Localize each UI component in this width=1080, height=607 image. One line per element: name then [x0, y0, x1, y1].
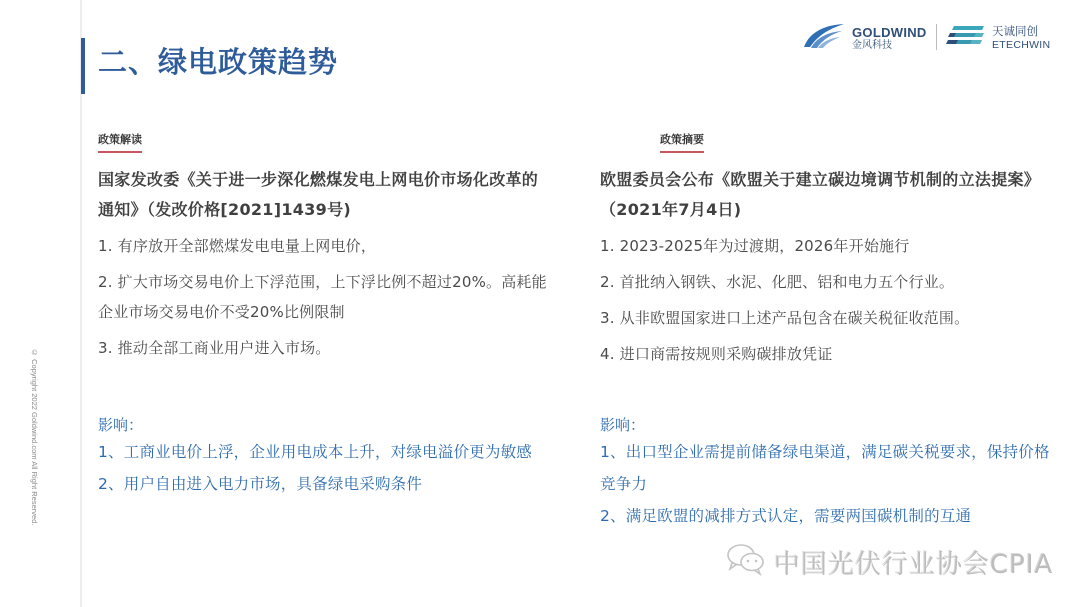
section-tag-policy-interpretation: 政策解读: [98, 133, 142, 153]
policy-points-list: 1. 2023-2025年为过渡期，2026年开始施行 2. 首批纳入钢铁、水泥…: [600, 231, 1050, 369]
logo-separator: [936, 24, 937, 50]
goldwind-wave-icon: [802, 21, 846, 55]
goldwind-name-cn: 金风科技: [852, 41, 927, 51]
goldwind-name-en: GOLDWIND: [852, 26, 927, 39]
page-title: 二、绿电政策趋势: [98, 40, 338, 81]
policy-heading-ndrc: 国家发改委《关于进一步深化燃煤发电上网电价市场化改革的通知》（发改价格[2021…: [98, 165, 548, 225]
copyright-notice: © Copyright 2022 Goldwind.com All Right …: [30, 348, 39, 525]
policy-summary-column: 政策摘要 欧盟委员会公布《欧盟关于建立碳边境调节机制的立法提案》（2021年7月…: [600, 128, 1050, 369]
goldwind-logo: GOLDWIND 金风科技: [802, 18, 927, 58]
section-tag-policy-summary: 政策摘要: [660, 133, 704, 153]
etechwin-name-cn: 天诚同创: [992, 26, 1050, 38]
policy-point: 2. 扩大市场交易电价上下浮范围，上下浮比例不超过20%。高耗能企业市场交易电价…: [98, 267, 548, 327]
policy-point: 4. 进口商需按规则采购碳排放凭证: [600, 339, 1050, 369]
impact-item: 1、工商业电价上浮，企业用电成本上升，对绿电溢价更为敏感: [98, 436, 558, 468]
policy-point: 3. 推动全部工商业用户进入市场。: [98, 333, 548, 363]
impact-section-right: 影响： 1、出口型企业需提前储备绿电渠道，满足碳关税要求，保持价格竞争力 2、满…: [600, 414, 1060, 532]
impact-item: 2、用户自由进入电力市场，具备绿电采购条件: [98, 468, 558, 500]
watermark-text: 中国光伏行业协会CPIA: [774, 544, 1053, 581]
wechat-icon: [726, 542, 766, 583]
impact-item: 1、出口型企业需提前储备绿电渠道，满足碳关税要求，保持价格竞争力: [600, 436, 1060, 500]
policy-heading-eu-cbam: 欧盟委员会公布《欧盟关于建立碳边境调节机制的立法提案》（2021年7月4日): [600, 165, 1050, 225]
policy-point: 3. 从非欧盟国家进口上述产品包含在碳关税征收范围。: [600, 303, 1050, 333]
wechat-watermark: 中国光伏行业协会CPIA: [726, 542, 1053, 583]
policy-interpretation-column: 政策解读 国家发改委《关于进一步深化燃煤发电上网电价市场化改革的通知》（发改价格…: [98, 128, 548, 363]
impact-section-left: 影响： 1、工商业电价上浮，企业用电成本上升，对绿电溢价更为敏感 2、用户自由进…: [98, 414, 558, 500]
title-accent-bar: [81, 38, 85, 94]
impact-item: 2、满足欧盟的减排方式认定，需要两国碳机制的互通: [600, 500, 1060, 532]
policy-point: 2. 首批纳入钢铁、水泥、化肥、铝和电力五个行业。: [600, 267, 1050, 297]
policy-point: 1. 2023-2025年为过渡期，2026年开始施行: [600, 231, 1050, 261]
policy-points-list: 1. 有序放开全部燃煤发电电量上网电价， 2. 扩大市场交易电价上下浮范围，上下…: [98, 231, 548, 363]
policy-point: 1. 有序放开全部燃煤发电电量上网电价，: [98, 231, 548, 261]
impact-label: 影响：: [600, 414, 1060, 436]
etechwin-logo: 天诚同创 ETECHWIN: [946, 18, 1050, 58]
impact-label: 影响：: [98, 414, 558, 436]
etechwin-stripes-icon: [946, 24, 986, 52]
etechwin-name-en: ETECHWIN: [992, 40, 1050, 51]
